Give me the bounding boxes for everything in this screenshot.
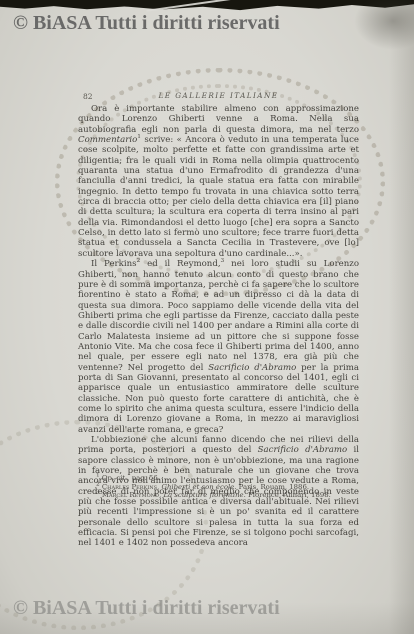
scanned-page: © BiASA Tutti i diritti riservati 82 LE … [0, 0, 414, 634]
footnote: 3 Marcel Reymond, La sculpture florentin… [96, 491, 348, 500]
footnote: 1 Op. cit., pag. 56. [96, 474, 348, 483]
paragraph: Ora è importante stabilire almeno con ap… [78, 104, 359, 259]
watermark-top: © BiASA Tutti i diritti riservati [13, 12, 280, 35]
paragraph: Il Perkins2 ed il Reymond,3 nei loro stu… [78, 259, 359, 435]
footnotes: 1 Op. cit., pag. 56.2 Charles Perkins, G… [96, 474, 348, 500]
watermark-bottom: © BiASA Tutti i diritti riservati [13, 597, 280, 620]
running-title: LE GALLERIE ITALIANE [78, 91, 359, 100]
scan-corner-smudge [354, 0, 414, 50]
page-header: 82 LE GALLERIE ITALIANE [78, 91, 359, 103]
